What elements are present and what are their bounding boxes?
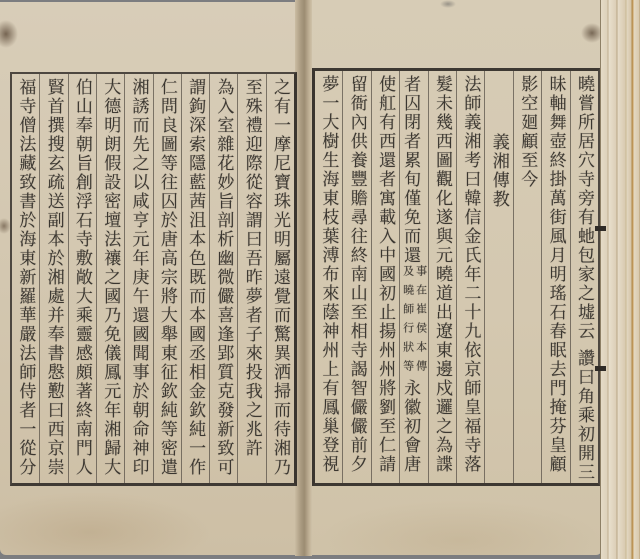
column-text: 曉嘗所居穴寺旁有虵包家之墟云 [574,75,594,341]
column-text: 賢首撰搜玄疏送副本於湘處并奉書慇懃曰西京崇 [44,78,64,477]
text-column: 仁問良圖等往囚於唐高宗將大舉東征欽純等密遣 [153,74,181,483]
column-text: 湘誘而先之以咸亨元年庚午還國聞事於朝命神印 [129,78,149,477]
column-text: 法師義湘考曰韓信金氏年二十九依京師皇福寺落 [460,75,480,474]
section-heading-column: 義湘傳教 [484,71,512,483]
text-column: 謂鉤深索隱藍茜沮本色既而本國丞相金欽純一作 [181,74,209,483]
text-column: 留衙內供養豐贍尋往終南山至相寺謁智儼儼前夕 [342,71,370,483]
column-text: 至殊禮迎際從容謂曰吾昨夢者子來投我之兆許 [242,78,262,458]
interlinear-note: 事在崔侯本傳及曉師行狀等 [402,265,428,379]
book-gutter [295,0,312,556]
column-text: 髮未幾西圖觀化遂與元曉道出遼東邊戍邏之為諜 [432,75,452,474]
column-text: 者囚閉者累旬僅免而還 [400,75,420,265]
text-column: 髮未幾西圖觀化遂與元曉道出遼東邊戍邏之為諜 [428,71,456,483]
fold-fish-tail-mark-lower [595,366,606,371]
text-column: 影空廻顧至今 [513,71,541,483]
column-text: 夢一大樹生海東枝葉溥布來蔭神州上有鳳巢登視 [318,75,338,474]
column-text-continuation: 讚曰角乘初開三 [574,349,594,482]
column-text: 為入室雜花妙旨剖析幽微儼喜逢郢質克發新致可 [213,78,233,477]
page-edges-stack [600,0,640,559]
text-column: 法師義湘考曰韓信金氏年二十九依京師皇福寺落 [456,71,484,483]
book-scan: 之有一摩尼寶珠光明屬遠覺而驚異洒掃而待湘乃 至殊禮迎際從容謂曰吾昨夢者子來投我之… [0,0,640,559]
text-column: 湘誘而先之以咸亨元年庚午還國聞事於朝命神印 [124,74,152,483]
text-column: 大德明朗假設密壇法禳之國乃免儀鳳元年湘歸大 [96,74,124,483]
left-text-frame: 之有一摩尼寶珠光明屬遠覺而驚異洒掃而待湘乃 至殊禮迎際從容謂曰吾昨夢者子來投我之… [10,72,297,486]
text-column: 至殊禮迎際從容謂曰吾昨夢者子來投我之兆許 [237,74,265,483]
column-text: 仁問良圖等往囚於唐高宗將大舉東征欽純等密遣 [157,78,177,477]
text-column: 曉嘗所居穴寺旁有虵包家之墟云讚曰角乘初開三 [570,71,598,483]
column-text: 伯山奉朝旨創浮石寺敷敞大乘靈感頗著終南門人 [72,78,92,477]
column-text: 之有一摩尼寶珠光明屬遠覺而驚異洒掃而待湘乃 [270,78,290,477]
column-text: 謂鉤深索隱藍茜沮本色既而本國丞相金欽純一作 [185,78,205,477]
fold-fish-tail-mark-upper [595,226,606,231]
text-column: 昧軸舞壺終掛萬街風月明瑤石春眠去門掩芬皇顧 [541,71,569,483]
text-column: 伯山奉朝旨創浮石寺敷敞大乘靈感頗著終南門人 [68,74,96,483]
column-text: 昧軸舞壺終掛萬街風月明瑤石春眠去門掩芬皇顧 [546,75,566,474]
column-text: 留衙內供養豐贍尋往終南山至相寺謁智儼儼前夕 [347,75,367,474]
column-text-continuation: 永徽初會唐 [400,379,420,474]
text-column: 使舡有西還者寓載入中國初止揚州州將劉至仁請 [371,71,399,483]
section-heading: 義湘傳教 [489,133,509,209]
text-column: 賢首撰搜玄疏送副本於湘處并奉書慇懃曰西京崇 [39,74,67,483]
column-text: 大德明朗假設密壇法禳之國乃免儀鳳元年湘歸大 [100,78,120,477]
text-column: 福寺僧法藏致書於海東新羅華嚴法師侍者一從分 [12,74,39,483]
text-column: 之有一摩尼寶珠光明屬遠覺而驚異洒掃而待湘乃 [266,74,294,483]
text-column: 夢一大樹生海東枝葉溥布來蔭神州上有鳳巢登視 [315,71,342,483]
text-column: 為入室雜花妙旨剖析幽微儼喜逢郢質克發新致可 [209,74,237,483]
text-column: 者囚閉者累旬僅免而還事在崔侯本傳及曉師行狀等永徽初會唐 [399,71,427,483]
right-text-frame: 曉嘗所居穴寺旁有虵包家之墟云讚曰角乘初開三 昧軸舞壺終掛萬街風月明瑤石春眠去門掩… [312,68,600,486]
column-text: 使舡有西還者寓載入中國初止揚州州將劉至仁請 [375,75,395,474]
column-text: 福寺僧法藏致書於海東新羅華嚴法師侍者一從分 [15,78,35,477]
column-text: 影空廻顧至今 [517,75,537,189]
